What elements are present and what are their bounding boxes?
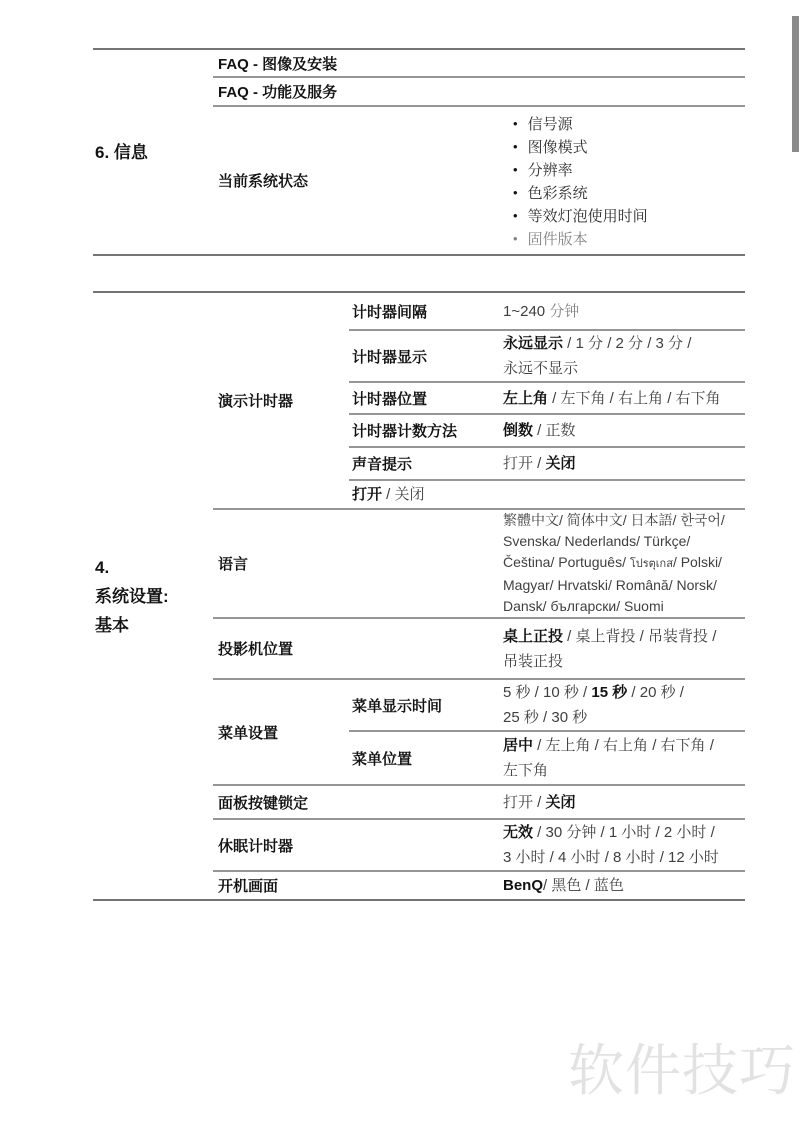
row-label: 面板按键锁定 (218, 792, 308, 813)
table-row: 面板按键锁定 打开 / 关闭 (213, 784, 745, 818)
table-row: 开机画面 BenQ/ 黑色 / 蓝色 (213, 870, 745, 899)
table-row: 投影机位置 桌上正投 / 桌上背投 / 吊装背投 /吊装正投 (213, 617, 745, 678)
table-subrow: 计时器位置 左上角 / 左下角 / 右上角 / 右下角 (349, 381, 745, 413)
row-label: 投影机位置 (218, 638, 293, 659)
row-value: 居中 / 左上角 / 右上角 / 右下角 /左下角 (503, 733, 714, 783)
row-label: 菜单设置 (218, 722, 278, 743)
table-subrow: 菜单位置 居中 / 左上角 / 右上角 / 右下角 /左下角 (349, 730, 745, 784)
table-subrow: 计时器计数方法 倒数 / 正数 (349, 413, 745, 446)
row-label: 计时器位置 (352, 388, 427, 409)
status-list-item: •信号源 (503, 112, 648, 135)
info-section-header: 6. 信息 (93, 50, 213, 254)
status-list-item: •图像模式 (503, 135, 648, 158)
bullet-icon: • (513, 231, 518, 246)
table-row: FAQ - 功能及服务 (213, 76, 745, 105)
table-row-group: 演示计时器 计时器间隔 1~240 分钟 计时器显示 永远显示 / 1 分 / … (213, 293, 745, 508)
row-value: 打开 / 关闭 (352, 482, 425, 507)
bullet-icon: • (513, 139, 518, 154)
row-label: 当前系统状态 (218, 170, 308, 191)
status-list-item: •色彩系统 (503, 181, 648, 204)
row-label: 演示计时器 (218, 390, 293, 411)
table-subrow: 声音提示 打开 / 关闭 (349, 446, 745, 479)
table-subrow: 计时器间隔 1~240 分钟 (349, 293, 745, 329)
row-value: 繁體中文/ 简体中文/ 日本語/ 한국어/Svenska/ Nederlands… (503, 510, 725, 617)
table-subrow: 计时器显示 永远显示 / 1 分 / 2 分 / 3 分 /永远不显示 (349, 329, 745, 381)
table-row: 语言 繁體中文/ 简体中文/ 日本語/ 한국어/Svenska/ Nederla… (213, 508, 745, 617)
table-subrow: 打开 / 关闭 (349, 479, 745, 508)
status-list-item: •分辨率 (503, 158, 648, 181)
bullet-icon: • (513, 116, 518, 131)
watermark-text: 软件技巧 (568, 1027, 796, 1107)
row-value: 打开 / 关闭 (503, 451, 576, 476)
bullet-icon: • (513, 208, 518, 223)
bullet-icon: • (513, 185, 518, 200)
row-label: FAQ - 功能及服务 (218, 81, 337, 102)
row-value: 1~240 分钟 (503, 299, 579, 324)
row-label: 菜单显示时间 (352, 695, 442, 716)
status-list: •信号源 •图像模式 •分辨率 •色彩系统 •等效灯泡使用时间 •固件版本 (503, 112, 648, 250)
scrollbar-thumb[interactable] (792, 16, 799, 152)
status-list-item: •等效灯泡使用时间 (503, 204, 648, 227)
section-title: 系统设置: (95, 582, 213, 611)
bullet-icon: • (513, 162, 518, 177)
table-row: 当前系统状态 •信号源 •图像模式 •分辨率 •色彩系统 •等效灯泡使用时间 •… (213, 105, 745, 254)
row-value: 无效 / 30 分钟 / 1 小时 / 2 小时 /3 小时 / 4 小时 / … (503, 820, 719, 870)
row-value: BenQ/ 黑色 / 蓝色 (503, 873, 624, 898)
section-title: 6. 信息 (95, 138, 213, 167)
system-basic-section-table: 4. 系统设置: 基本 演示计时器 计时器间隔 1~240 分钟 计时器显示 永… (93, 291, 745, 901)
row-label: 语言 (218, 553, 248, 574)
system-basic-section-header: 4. 系统设置: 基本 (93, 293, 213, 899)
info-section-table: 6. 信息 FAQ - 图像及安装 FAQ - 功能及服务 当前系统状态 •信号… (93, 48, 745, 256)
row-value: 左上角 / 左下角 / 右上角 / 右下角 (503, 386, 721, 411)
row-label: 休眠计时器 (218, 835, 293, 856)
table-row-group: 菜单设置 菜单显示时间 5 秒 / 10 秒 / 15 秒 / 20 秒 /25… (213, 678, 745, 784)
row-value: 永远显示 / 1 分 / 2 分 / 3 分 /永远不显示 (503, 331, 691, 381)
row-value: 打开 / 关闭 (503, 790, 576, 815)
row-label: 开机画面 (218, 875, 278, 896)
row-label: 计时器间隔 (352, 301, 427, 322)
section-title: 基本 (95, 611, 213, 640)
row-label: 计时器显示 (352, 346, 427, 367)
row-value: 5 秒 / 10 秒 / 15 秒 / 20 秒 /25 秒 / 30 秒 (503, 680, 684, 730)
row-label: 计时器计数方法 (352, 420, 457, 441)
section-title: 4. (95, 553, 213, 582)
status-list-item: •固件版本 (503, 227, 648, 250)
row-label: 声音提示 (352, 453, 412, 474)
manual-page: 6. 信息 FAQ - 图像及安装 FAQ - 功能及服务 当前系统状态 •信号… (0, 0, 800, 1133)
row-value: 桌上正投 / 桌上背投 / 吊装背投 /吊装正投 (503, 624, 716, 674)
table-row: 休眠计时器 无效 / 30 分钟 / 1 小时 / 2 小时 /3 小时 / 4… (213, 818, 745, 870)
row-value: 倒数 / 正数 (503, 418, 576, 443)
row-label: 菜单位置 (352, 748, 412, 769)
table-subrow: 菜单显示时间 5 秒 / 10 秒 / 15 秒 / 20 秒 /25 秒 / … (349, 680, 745, 730)
table-row: FAQ - 图像及安装 (213, 50, 745, 76)
row-label: FAQ - 图像及安装 (218, 53, 337, 74)
